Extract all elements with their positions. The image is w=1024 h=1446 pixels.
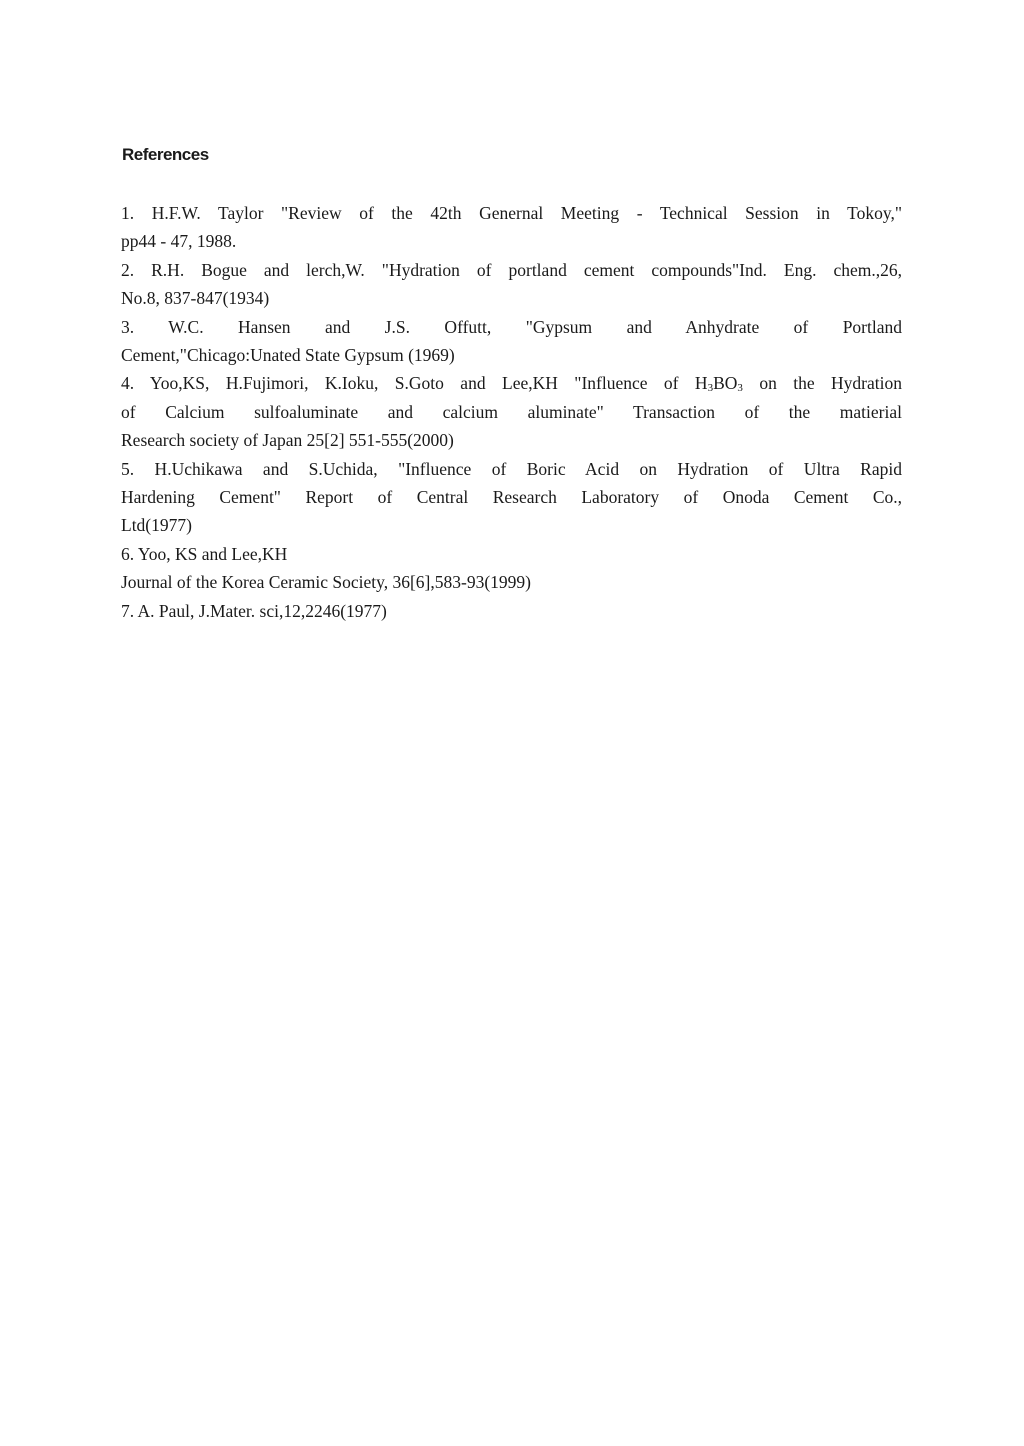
reference-2-line-2: No.8, 837-847(1934) bbox=[121, 284, 902, 312]
reference-3-line-2: Cement,"Chicago:Unated State Gypsum (196… bbox=[121, 341, 902, 369]
reference-4-line-1-tail: on the Hydration bbox=[743, 373, 902, 393]
references-list: 1. H.F.W. Taylor "Review of the 42th Gen… bbox=[121, 199, 902, 625]
reference-4-line-1: 4. Yoo,KS, H.Fujimori, K.Ioku, S.Goto an… bbox=[121, 369, 902, 397]
reference-3-line-1: 3. W.C. Hansen and J.S. Offutt, "Gypsum … bbox=[121, 313, 902, 341]
reference-5-line-3: Ltd(1977) bbox=[121, 511, 902, 539]
formula-mid: BO bbox=[713, 373, 737, 393]
reference-5-line-2: Hardening Cement" Report of Central Rese… bbox=[121, 483, 902, 511]
references-heading: References bbox=[122, 145, 209, 165]
reference-5-line-1: 5. H.Uchikawa and S.Uchida, "Influence o… bbox=[121, 455, 902, 483]
reference-1-line-2: pp44 - 47, 1988. bbox=[121, 227, 902, 255]
reference-4-line-1-text: 4. Yoo,KS, H.Fujimori, K.Ioku, S.Goto an… bbox=[121, 373, 708, 393]
reference-1-line-1: 1. H.F.W. Taylor "Review of the 42th Gen… bbox=[121, 199, 902, 227]
reference-7-line-1: 7. A. Paul, J.Mater. sci,12,2246(1977) bbox=[121, 597, 902, 625]
reference-6-line-2: Journal of the Korea Ceramic Society, 36… bbox=[121, 568, 902, 596]
reference-2-line-1: 2. R.H. Bogue and lerch,W. "Hydration of… bbox=[121, 256, 902, 284]
document-page: References 1. H.F.W. Taylor "Review of t… bbox=[0, 0, 1024, 1446]
reference-4-line-2: of Calcium sulfoaluminate and calcium al… bbox=[121, 398, 902, 426]
reference-6-line-1: 6. Yoo, KS and Lee,KH bbox=[121, 540, 902, 568]
reference-4-line-3: Research society of Japan 25[2] 551-555(… bbox=[121, 426, 902, 454]
